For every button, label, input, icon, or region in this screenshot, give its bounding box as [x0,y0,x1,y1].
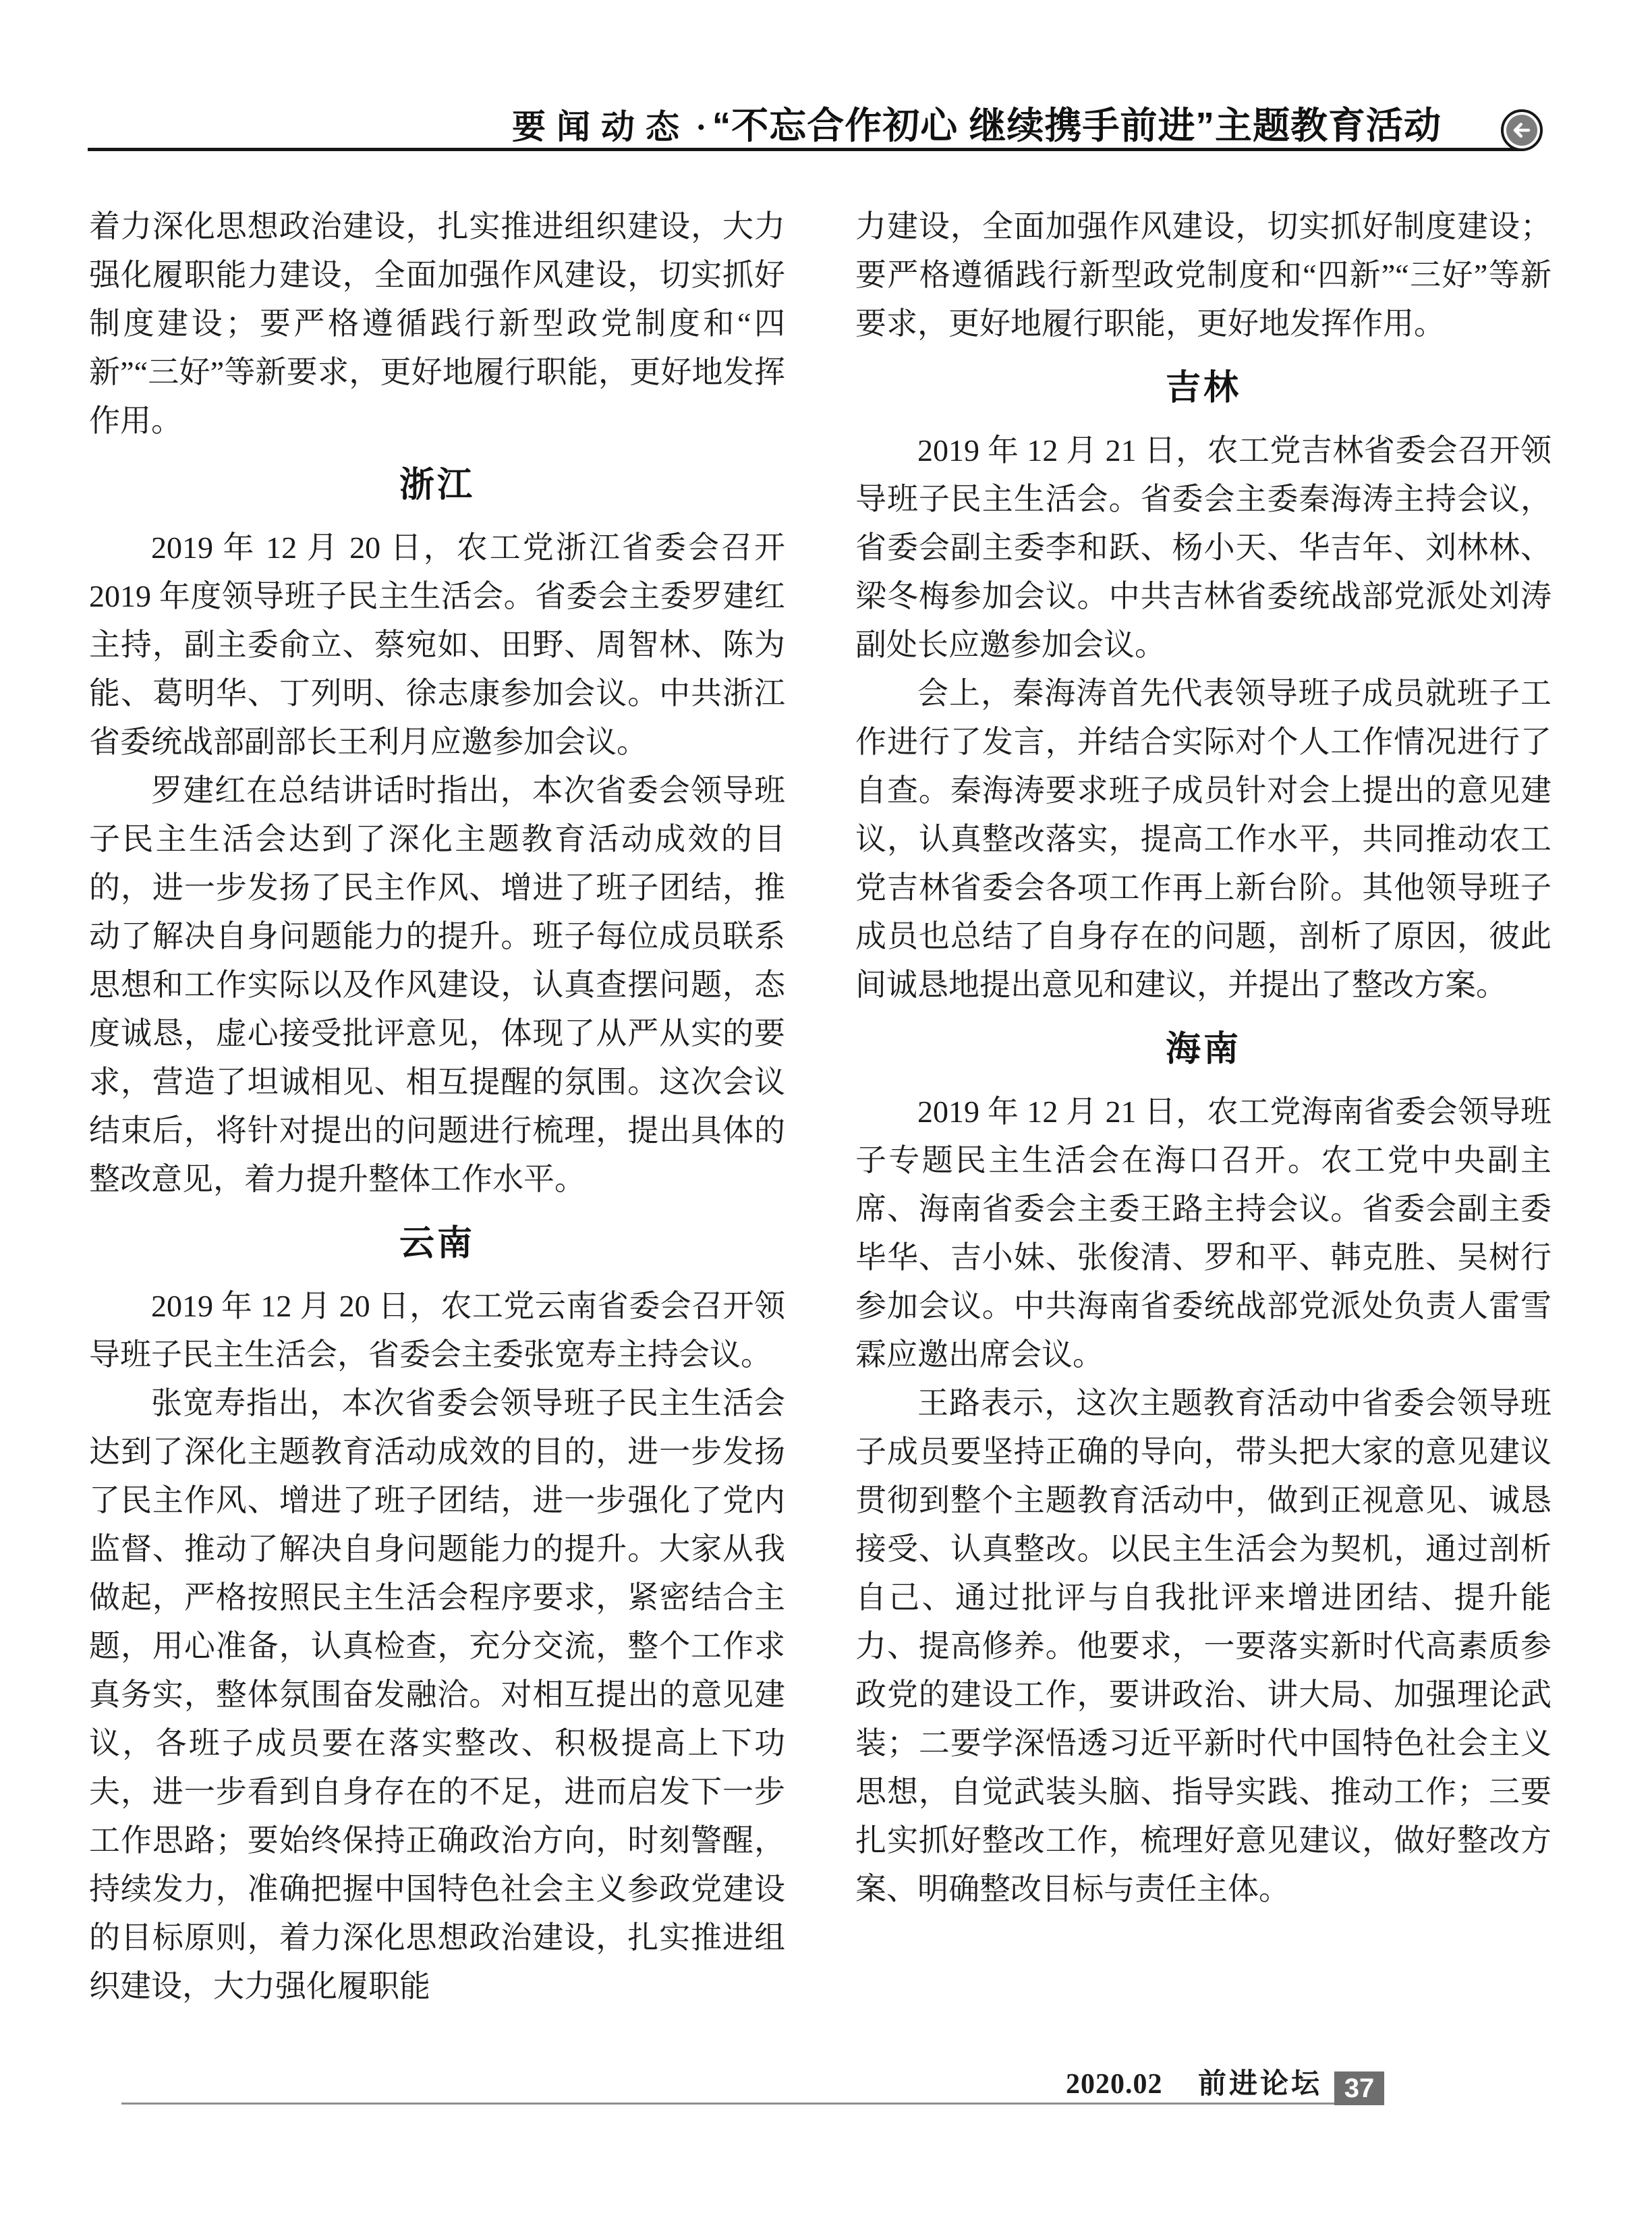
body-paragraph: 2019 年 12 月 21 日，农工党海南省委会领导班子专题民主生活会在海口召… [855,1088,1551,1379]
body-paragraph: 2019 年 12 月 21 日，农工党吉林省委会召开领导班子民主生活会。省委会… [855,426,1551,669]
body-paragraph: 力建设，全面加强作风建设，切实抓好制度建设；要严格遵循践行新型政党制度和“四新”… [855,202,1551,348]
section-heading: 吉林 [855,363,1551,414]
footer-issue: 2020.02 [1066,2069,1163,2100]
header-rule [88,148,1522,151]
back-arrow-glyph [1506,115,1537,146]
body-paragraph: 王路表示，这次主题教育活动中省委会领导班子成员要坚持正确的导向，带头把大家的意见… [855,1379,1551,1914]
footer-rule [121,2103,1334,2105]
header-title: 要闻动态 · “不忘合作初心 继续携手前进”主题教育活动 [512,96,1442,149]
page-number-badge: 37 [1334,2071,1384,2105]
section-heading: 云南 [89,1219,785,1270]
back-arrow-icon [1501,109,1543,151]
body-paragraph: 2019 年 12 月 20 日，农工党云南省委会召开领导班子民主生活会，省委会… [89,1282,785,1379]
footer-meta: 2020.02 前进论坛 [0,2067,1322,2101]
section-heading: 海南 [855,1024,1551,1076]
header-topic: “不忘合作初心 继续携手前进”主题教育活动 [712,96,1442,149]
page: 要闻动态 · “不忘合作初心 继续携手前进”主题教育活动 着力深化思想政治建设，… [0,0,1652,2226]
column-right: 力建设，全面加强作风建设，切实抓好制度建设；要严格遵循践行新型政党制度和“四新”… [855,202,1551,1914]
header-section-label: 要闻动态 [512,100,690,148]
body-paragraph: 罗建红在总结讲话时指出，本次省委会领导班子民主生活会达到了深化主题教育活动成效的… [89,767,785,1204]
section-heading: 浙江 [89,460,785,511]
footer-journal-title: 前进论坛 [1198,2067,1322,2099]
header-separator: · [695,107,707,146]
column-left: 着力深化思想政治建设，扎实推进组织建设，大力强化履职能力建设，全面加强作风建设，… [89,202,785,2011]
body-paragraph: 张宽寿指出，本次省委会领导班子民主生活会达到了深化主题教育活动成效的目的，进一步… [89,1379,785,2011]
body-paragraph: 着力深化思想政治建设，扎实推进组织建设，大力强化履职能力建设，全面加强作风建设，… [89,202,785,445]
body-paragraph: 会上，秦海涛首先代表领导班子成员就班子工作进行了发言，并结合实际对个人工作情况进… [855,669,1551,1009]
body-paragraph: 2019 年 12 月 20 日，农工党浙江省委会召开 2019 年度领导班子民… [89,524,785,767]
